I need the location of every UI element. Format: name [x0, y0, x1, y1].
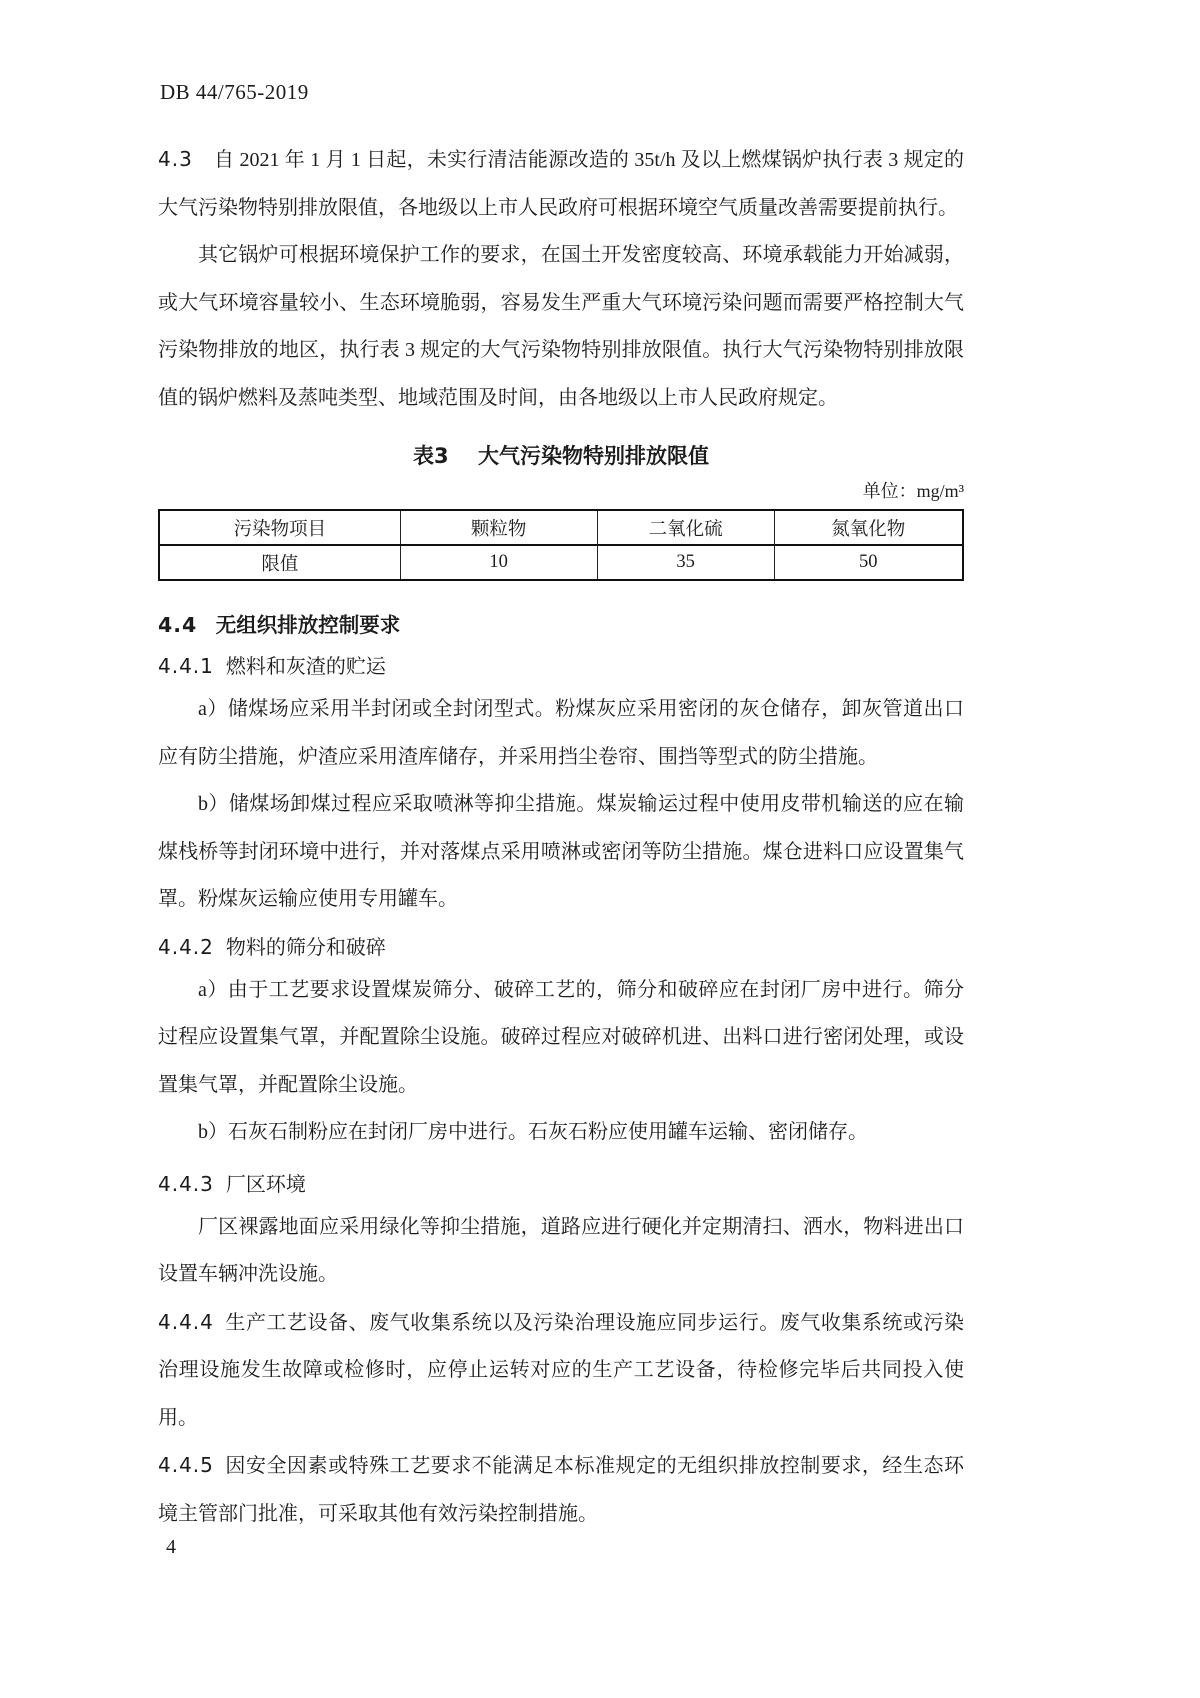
table3-title: 表3大气污染物特别排放限值 — [158, 436, 964, 476]
other-boilers-paragraph: 其它锅炉可根据环境保护工作的要求，在国土开发密度较高、环境承载能力开始减弱，或大… — [158, 232, 964, 422]
page-content: 4.3自 2021 年 1 月 1 日起，未实行清洁能源改造的 35t/h 及以… — [158, 136, 964, 1538]
section-heading-4-4: 4.4无组织排放控制要求 — [158, 603, 964, 647]
table3-unit: 单位：mg/m³ — [158, 476, 964, 506]
document-page: DB 44/765-2019 4.3自 2021 年 1 月 1 日起，未实行清… — [0, 0, 1200, 1698]
paragraph-4-4-3: 厂区裸露地面应采用绿化等抑尘措施，道路应进行硬化并定期清扫、洒水，物料进出口设置… — [158, 1204, 964, 1299]
clause-text: 自 2021 年 1 月 1 日起，未实行清洁能源改造的 35t/h 及以上燃煤… — [158, 149, 964, 219]
table3-label: 表3 — [413, 444, 449, 468]
clause-number: 4.4.2 — [158, 935, 214, 959]
standard-code-header: DB 44/765-2019 — [160, 80, 309, 105]
section-title: 物料的筛分和破碎 — [226, 937, 386, 959]
table-header-cell: 颗粒物 — [400, 510, 597, 545]
table3-title-text: 大气污染物特别排放限值 — [478, 444, 709, 468]
clause-number: 4.4.5 — [158, 1453, 214, 1477]
section-heading-4-4-2: 4.4.2物料的筛分和破碎 — [158, 928, 964, 967]
clause-number: 4.4.3 — [158, 1172, 214, 1196]
clause-text: 因安全因素或特殊工艺要求不能满足本标准规定的无组织排放控制要求，经生态环境主管部… — [158, 1455, 964, 1525]
section-heading-4-4-1: 4.4.1燃料和灰渣的贮运 — [158, 647, 964, 686]
section-title: 无组织排放控制要求 — [216, 613, 401, 637]
item-a-4-4-1: a）储煤场应采用半封闭或全封闭型式。粉煤灰应采用密闭的灰仓储存，卸灰管道出口应有… — [158, 686, 964, 781]
clause-number: 4.4.1 — [158, 654, 214, 678]
table-data-cell: 35 — [597, 545, 774, 580]
section-heading-4-4-3: 4.4.3厂区环境 — [158, 1165, 964, 1204]
emission-limits-table: 污染物项目 颗粒物 二氧化硫 氮氧化物 限值 10 35 50 — [158, 509, 964, 581]
table-data-cell: 50 — [774, 545, 963, 580]
table-header-cell: 氮氧化物 — [774, 510, 963, 545]
section-title: 燃料和灰渣的贮运 — [226, 656, 386, 678]
table-header-cell: 污染物项目 — [159, 510, 400, 545]
item-b-4-4-1: b）储煤场卸煤过程应采取喷淋等抑尘措施。煤炭输运过程中使用皮带机输送的应在输煤栈… — [158, 781, 964, 924]
clause-4-4-4-paragraph: 4.4.4生产工艺设备、废气收集系统以及污染治理设施应同步运行。废气收集系统或污… — [158, 1299, 964, 1443]
clause-number: 4.4.4 — [158, 1310, 214, 1334]
clause-4-3-paragraph: 4.3自 2021 年 1 月 1 日起，未实行清洁能源改造的 35t/h 及以… — [158, 136, 964, 232]
clause-number: 4.4 — [158, 613, 197, 637]
item-b-4-4-2: b）石灰石制粉应在封闭厂房中进行。石灰石粉应使用罐车运输、密闭储存。 — [158, 1109, 964, 1157]
page-number: 4 — [166, 1536, 176, 1559]
clause-text: 生产工艺设备、废气收集系统以及污染治理设施应同步运行。废气收集系统或污染治理设施… — [158, 1312, 964, 1429]
clause-4-4-5-paragraph: 4.4.5因安全因素或特殊工艺要求不能满足本标准规定的无组织排放控制要求，经生态… — [158, 1442, 964, 1538]
table-data-cell: 10 — [400, 545, 597, 580]
table-header-cell: 二氧化硫 — [597, 510, 774, 545]
clause-number: 4.3 — [158, 147, 193, 171]
table-row: 限值 10 35 50 — [159, 545, 963, 580]
table-data-cell: 限值 — [159, 545, 400, 580]
item-a-4-4-2: a）由于工艺要求设置煤炭筛分、破碎工艺的，筛分和破碎应在封闭厂房中进行。筛分过程… — [158, 967, 964, 1110]
section-title: 厂区环境 — [226, 1174, 306, 1196]
table-header-row: 污染物项目 颗粒物 二氧化硫 氮氧化物 — [159, 510, 963, 545]
